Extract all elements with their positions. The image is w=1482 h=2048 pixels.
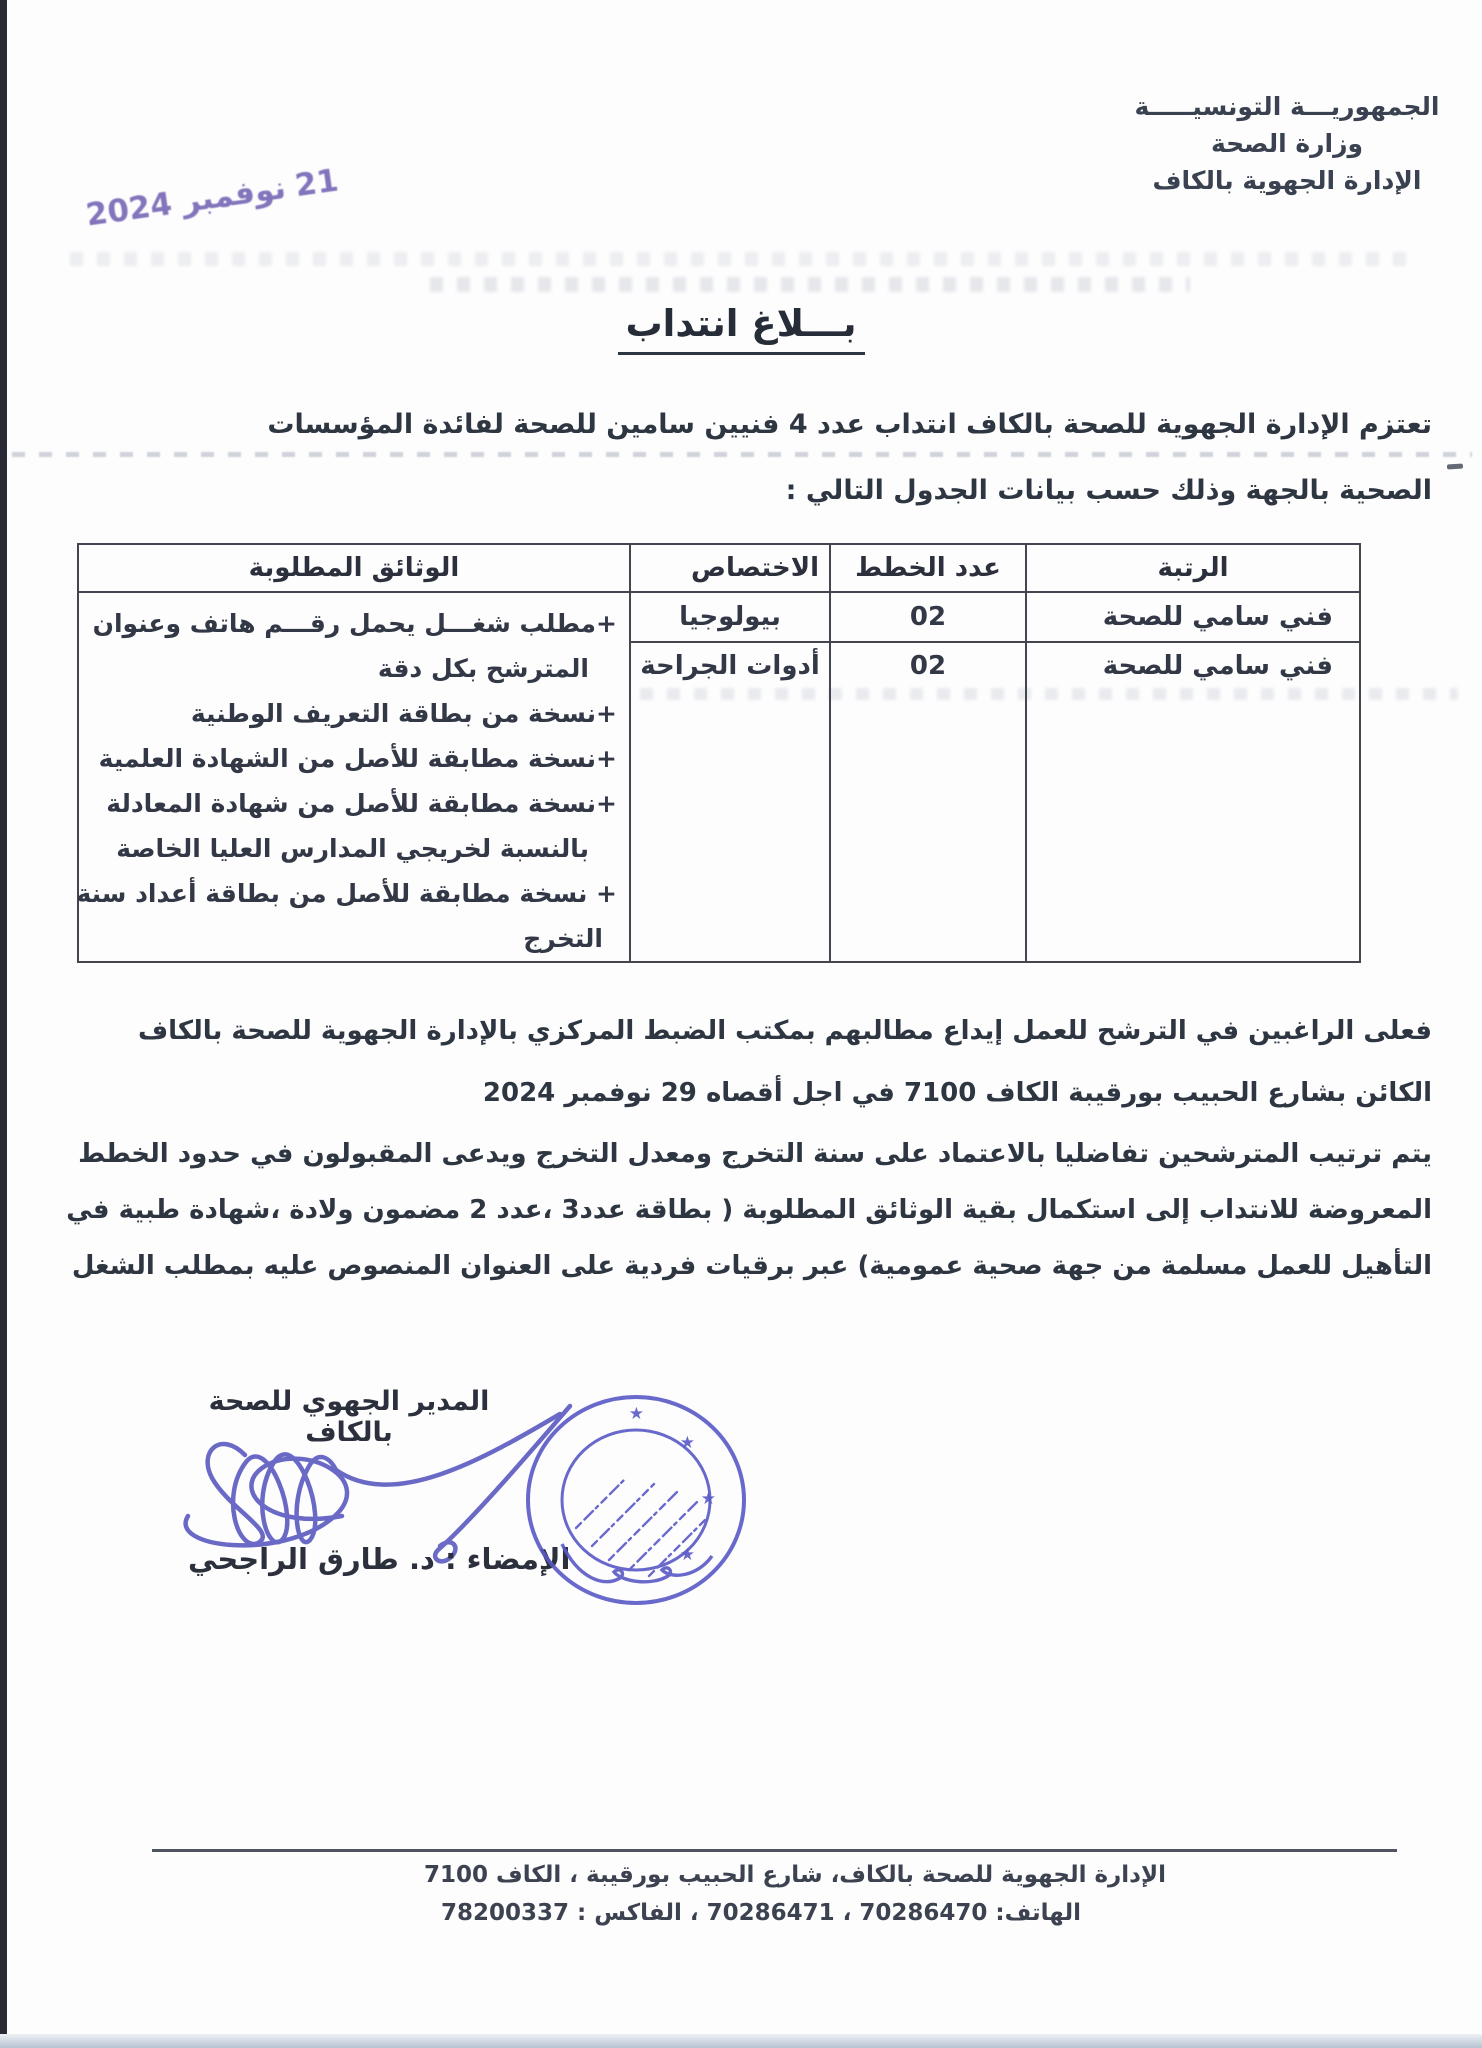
intro-line-1: تعتزم الإدارة الجهوية للصحة بالكاف انتدا…	[267, 392, 1432, 458]
recruitment-table: الرتبة عدد الخطط الاختصاص الوثائق المطلو…	[77, 543, 1361, 963]
intro-line-2: الصحية بالجهة وذلك حسب بيانات الجدول الت…	[267, 458, 1432, 524]
stamp-ministry-text: وزارة الصـــــحـة	[512, 1386, 524, 1392]
rank-cell: فني سامي للصحة	[1026, 592, 1360, 642]
letterhead-country: الجمهوريـــة التونسيـــــة	[1132, 88, 1442, 125]
footer-rule	[152, 1849, 1397, 1852]
submission-line-1: فعلى الراغبين في الترشح للعمل إيداع مطال…	[138, 1000, 1432, 1062]
document-requirement: +نسخة مطابقة للأصل من شهادة المعادلة	[85, 781, 617, 826]
header-documents: الوثائق المطلوبة	[78, 544, 630, 592]
svg-text:★: ★	[680, 1433, 695, 1453]
ranking-paragraph: يتم ترتيب المترشحين تفاضليا بالاعتماد عل…	[66, 1126, 1432, 1294]
document-title-wrap: بـــلاغ انتداب	[0, 302, 1482, 355]
letterhead: الجمهوريـــة التونسيـــــة وزارة الصحة ا…	[1132, 88, 1442, 199]
ranking-line-2: المعروضة للانتداب إلى استكمال بقية الوثا…	[66, 1182, 1432, 1238]
stamp-month-year: نوفمبر 2024	[84, 170, 288, 234]
documents-cell: +مطلب شغـــل يحمل رقـــم هاتف وعنوان الم…	[78, 592, 630, 962]
letterhead-ministry: وزارة الصحة	[1132, 125, 1442, 162]
svg-text:★: ★	[629, 1404, 644, 1424]
document-requirement: المترشح بكل دقة	[85, 646, 617, 691]
bleed-through-artifact	[70, 252, 1410, 266]
scan-mark	[1447, 463, 1463, 469]
received-date-stamp: 21نوفمبر 2024	[84, 162, 341, 233]
specialty-cell: بيولوجيا	[630, 592, 830, 642]
stamp-day: 21	[293, 162, 341, 204]
rank-cell: فني سامي للصحة	[1026, 642, 1360, 962]
document-requirement: التخرج	[85, 916, 617, 961]
intro-paragraph: تعتزم الإدارة الجهوية للصحة بالكاف انتدا…	[267, 392, 1432, 524]
official-round-stamp: وزارة الصـــــحـة ★ ★ ★ ★	[512, 1386, 760, 1620]
submission-line-2: الكائن بشارع الحبيب بورقيبة الكاف 7100 ف…	[138, 1062, 1432, 1124]
submission-paragraph: فعلى الراغبين في الترشح للعمل إيداع مطال…	[138, 1000, 1432, 1124]
document-requirement: بالنسبة لخريجي المدارس العليا الخاصة	[85, 826, 617, 871]
table-row: فني سامي للصحة 02 بيولوجيا +مطلب شغـــل …	[78, 592, 1360, 642]
scan-bottom-edge	[0, 2034, 1482, 2048]
ranking-line-3: التأهيل للعمل مسلمة من جهة صحية عمومية) …	[66, 1238, 1432, 1294]
scanned-document-page: الجمهوريـــة التونسيـــــة وزارة الصحة ا…	[0, 0, 1482, 2048]
svg-text:★: ★	[680, 1545, 695, 1565]
svg-text:★: ★	[701, 1489, 716, 1509]
header-positions: عدد الخطط	[830, 544, 1026, 592]
bleed-through-artifact	[430, 277, 1190, 292]
footer-address: الإدارة الجهوية للصحة بالكاف، شارع الحبي…	[154, 1862, 1436, 1888]
document-title: بـــلاغ انتداب	[618, 302, 865, 355]
stamp-stars: ★ ★ ★ ★	[629, 1404, 716, 1565]
header-rank: الرتبة	[1026, 544, 1360, 592]
document-requirement: + نسخة مطابقة للأصل من بطاقة أعداد سنة	[85, 871, 617, 916]
letterhead-directorate: الإدارة الجهوية بالكاف	[1132, 162, 1442, 199]
table-header-row: الرتبة عدد الخطط الاختصاص الوثائق المطلو…	[78, 544, 1360, 592]
document-requirement: +نسخة مطابقة للأصل من الشهادة العلمية	[85, 736, 617, 781]
header-specialty: الاختصاص	[630, 544, 830, 592]
ranking-line-1: يتم ترتيب المترشحين تفاضليا بالاعتماد عل…	[66, 1126, 1432, 1182]
document-requirement: +نسخة من بطاقة التعريف الوطنية	[85, 691, 617, 736]
footer-contact: الهاتف: 70286470 ، 70286471 ، الفاكس : 7…	[120, 1900, 1402, 1926]
positions-cell: 02	[830, 642, 1026, 962]
document-requirement: +مطلب شغـــل يحمل رقـــم هاتف وعنوان	[85, 601, 617, 646]
positions-cell: 02	[830, 592, 1026, 642]
specialty-cell: أدوات الجراحة	[630, 642, 830, 962]
